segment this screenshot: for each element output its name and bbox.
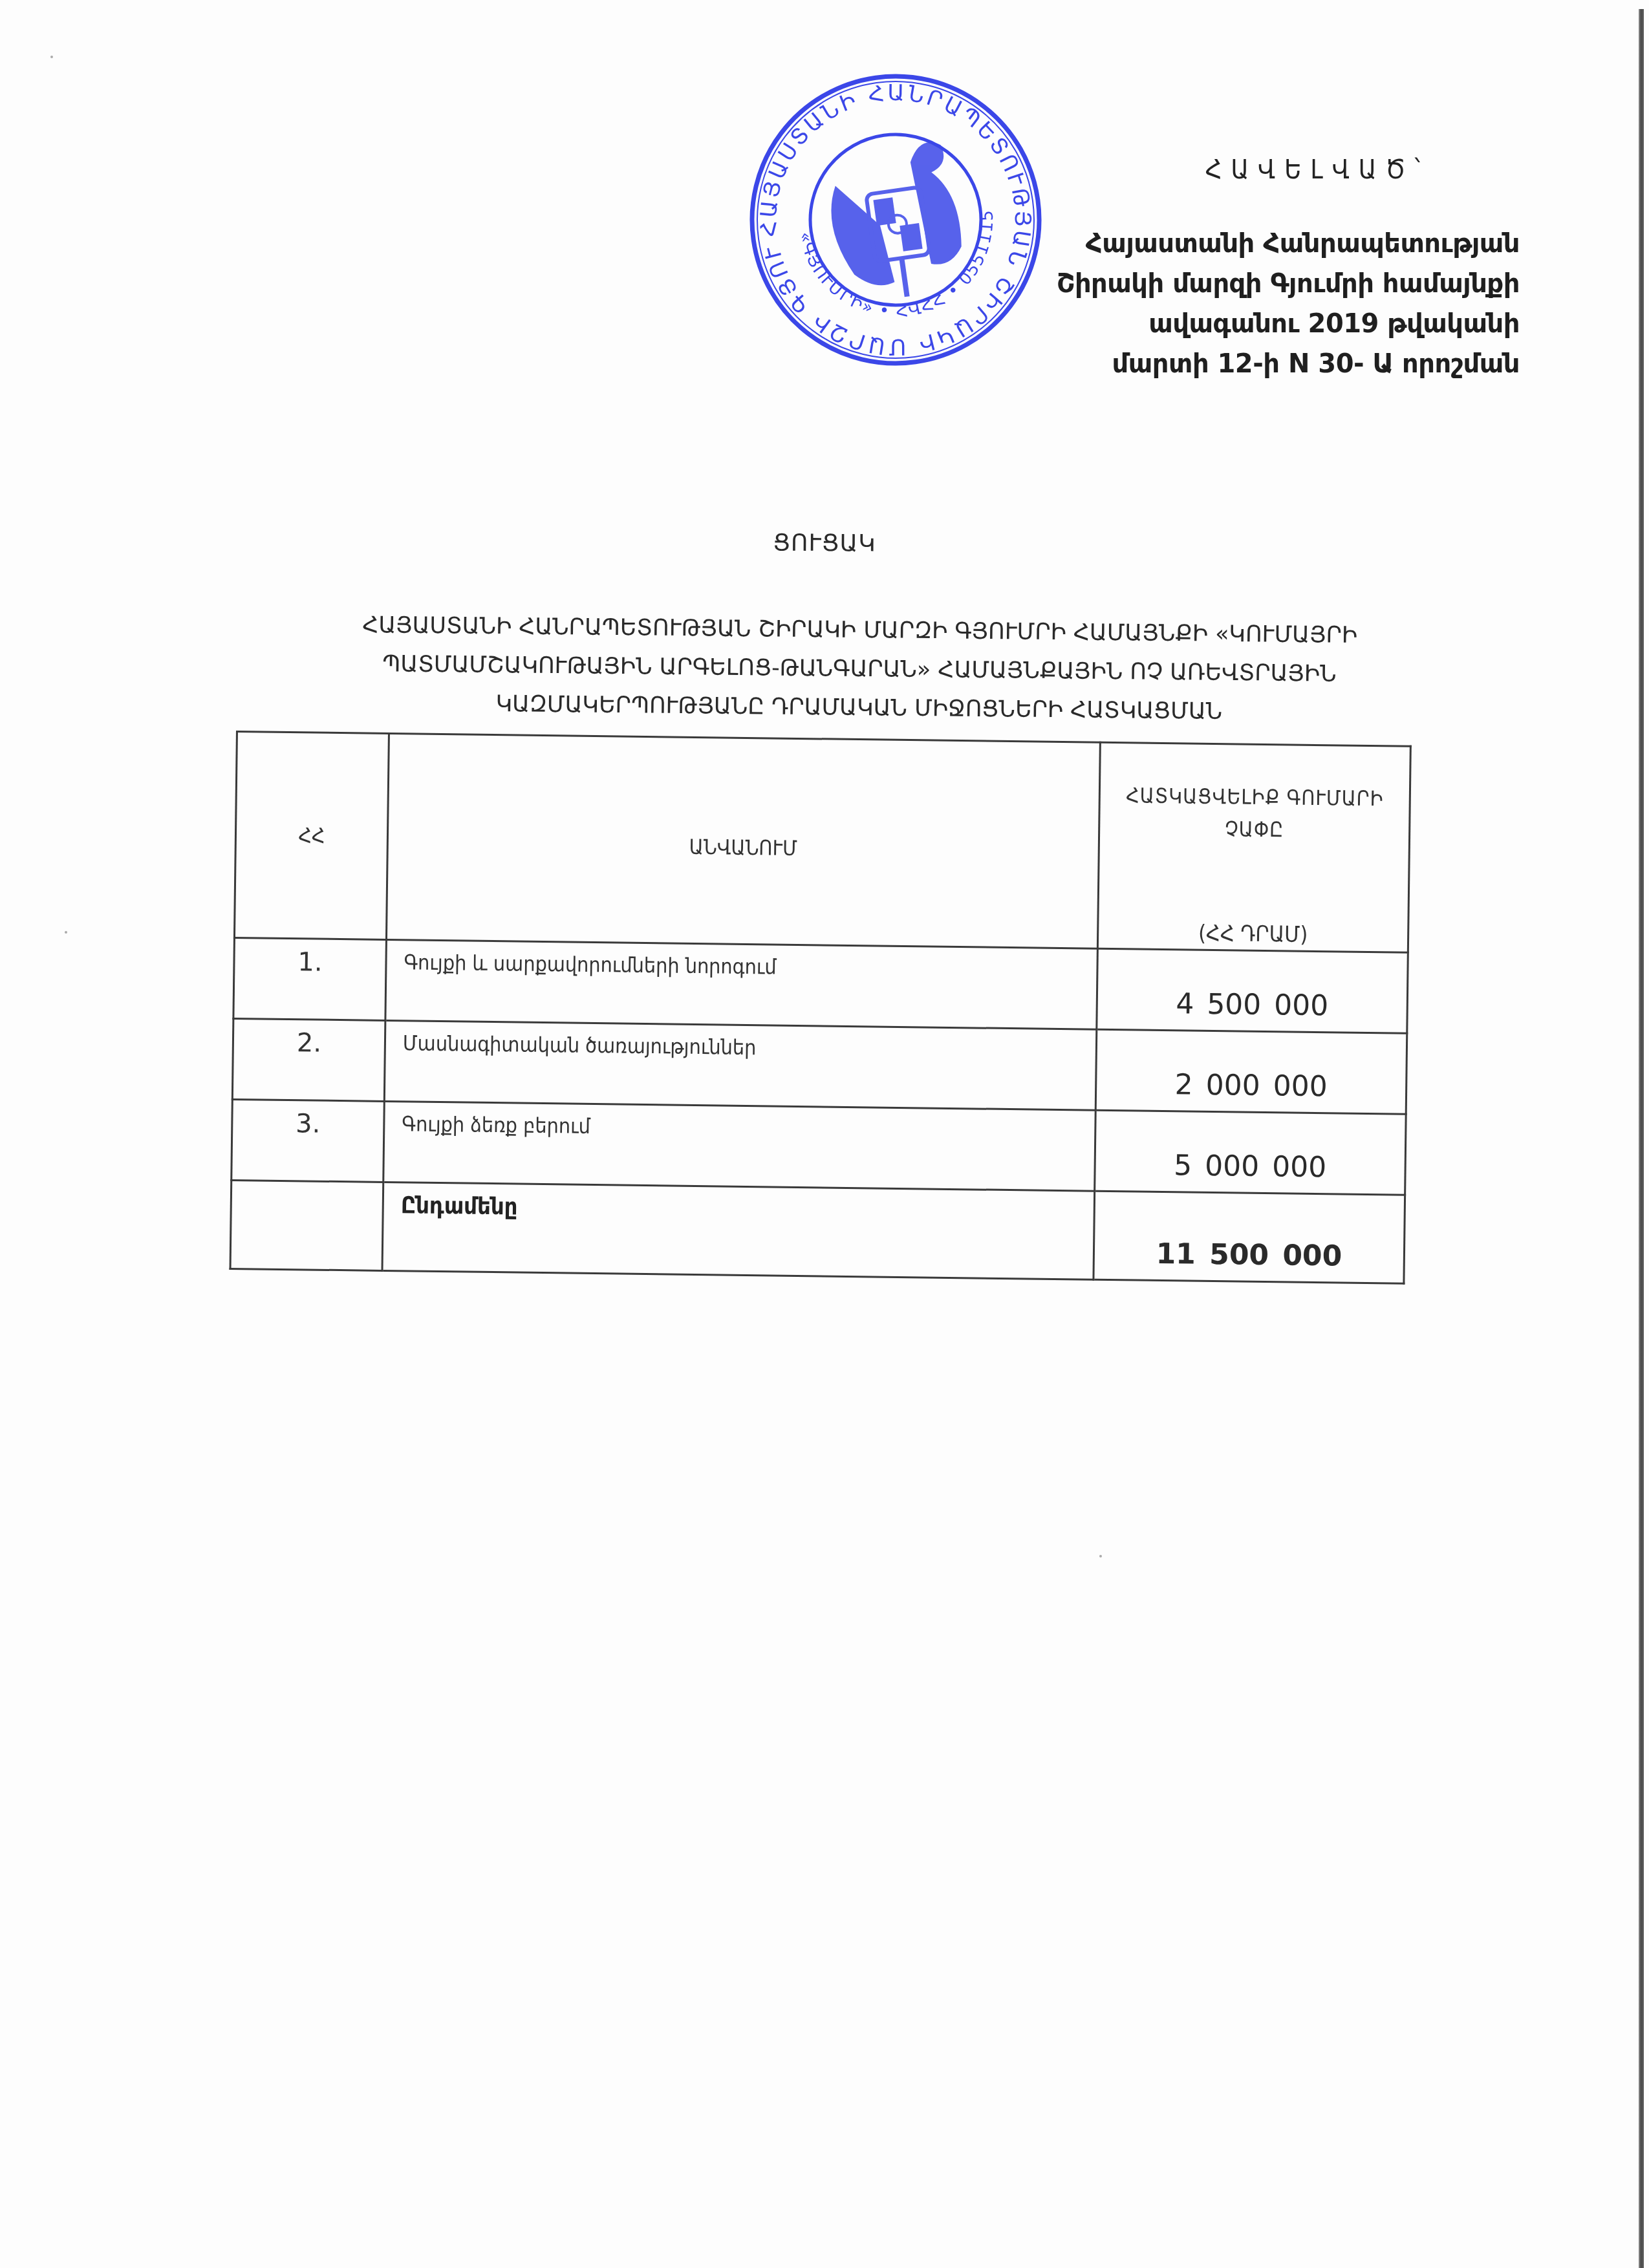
approved-label: ՀԱՎԵԼՎԱԾ՝ [1002,155,1429,185]
table-total-row: Ընդամենը 11 500 000 [230,1180,1405,1283]
header-name: ԱՆՎԱՆՈՒՄ [386,733,1100,948]
document-heading: ՀԱՅԱՍՏԱՆԻ ՀԱՆՐԱՊԵՏՈՒԹՅԱՆ ՇԻՐԱԿԻ ՄԱՐԶԻ ԳՅ… [244,604,1474,734]
total-label: Ընդամենը [382,1182,1095,1279]
header-amount-label: ՀԱՏԿԱՑՎԵԼԻՔ ԳՈՒՄԱՐԻ ՉԱՓԸ [1100,779,1409,848]
table-row: 3. Գույքի ձեռք բերում 5 000 000 [232,1099,1406,1195]
header-amount-unit: (ՀՀ ԴՐԱՄ) [1099,919,1407,949]
table-row: 1. Գույքի և սարքավորումների նորոգում 4 5… [233,937,1408,1033]
table-header-row: ՀՀ ԱՆՎԱՆՈՒՄ ՀԱՏԿԱՑՎԵԼԻՔ ԳՈՒՄԱՐԻ ՉԱՓԸ (ՀՀ… [234,732,1410,953]
row-name: Գույքի և սարքավորումների նորոգում [385,939,1097,1029]
scan-speck [1099,1555,1102,1557]
row-amount: 5 000 000 [1095,1110,1406,1195]
total-amount: 11 500 000 [1094,1191,1405,1283]
allocation-table: ՀՀ ԱՆՎԱՆՈՒՄ ՀԱՏԿԱՑՎԵԼԻՔ ԳՈՒՄԱՐԻ ՉԱՓԸ (ՀՀ… [230,731,1410,1285]
header-number: ՀՀ [234,732,389,940]
approval-line: ավագանու 2019 թվականի [1002,304,1520,344]
total-number-cell [230,1180,383,1270]
row-number: 3. [232,1099,385,1182]
list-title: ՑՈՒՑԱԿ [0,525,1649,562]
row-name: Մասնագիտական ծառայություններ [384,1020,1096,1110]
row-number: 2. [232,1018,385,1101]
approval-line: Հայաստանի Հանրապետության [1002,224,1520,264]
scan-page-edge [1639,9,1644,2268]
approval-block: ՀԱՎԵԼՎԱԾ՝ Հայաստանի Հանրապետության Շիրակ… [1002,155,1520,384]
approval-line: մարտի 12-ի N 30- Ա որոշման [1002,344,1520,384]
header-amount: ՀԱՏԿԱՑՎԵԼԻՔ ԳՈՒՄԱՐԻ ՉԱՓԸ (ՀՀ ԴՐԱՄ) [1097,742,1410,952]
row-name: Գույքի ձեռք բերում [383,1101,1095,1191]
row-number: 1. [233,937,387,1020]
scan-speck [50,56,53,58]
row-amount: 4 500 000 [1097,948,1408,1033]
scan-speck [65,931,67,934]
row-amount: 2 000 000 [1095,1029,1407,1114]
table-row: 2. Մասնագիտական ծառայություններ 2 000 00… [232,1018,1406,1114]
approval-line: Շիրակի մարզի Գյումրի համայնքի [1002,264,1520,304]
